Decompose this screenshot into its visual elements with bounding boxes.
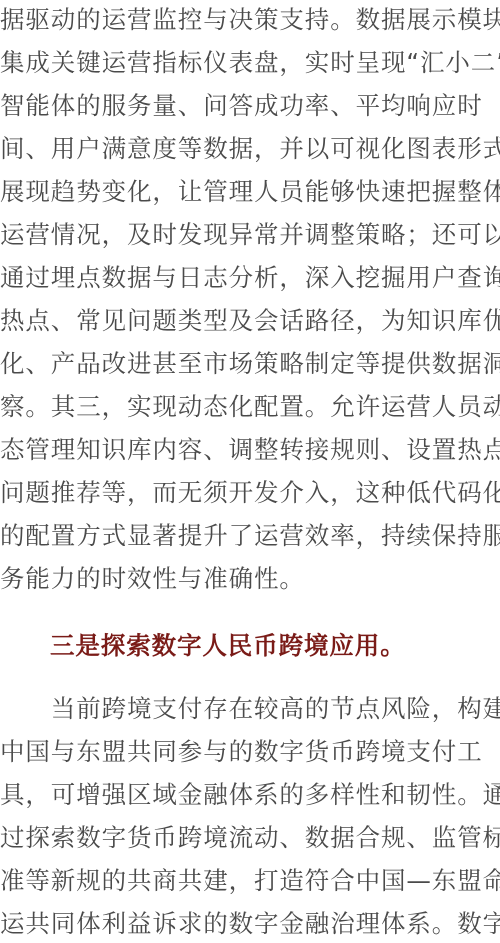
paragraph-line: 通过埋点数据与日志分析，深入挖掘用户查询 — [0, 256, 500, 299]
paragraph-line: 问题推荐等，而无须开发介入，这种低代码化 — [0, 471, 500, 514]
paragraph-line: 间、用户满意度等数据，并以可视化图表形式 — [0, 127, 500, 170]
paragraph-line: 化、产品改进甚至市场策略制定等提供数据洞 — [0, 342, 500, 385]
paragraph-line: 展现趋势变化，让管理人员能够快速把握整体 — [0, 170, 500, 213]
paragraph-line: 的配置方式显著提升了运营效率，持续保持服 — [0, 514, 500, 557]
paragraph-line: 当前跨境支付存在较高的节点风险，构建 — [0, 687, 500, 730]
section-heading: 三是探索数字人民币跨境应用。 — [50, 624, 406, 668]
paragraph-line: 运共同体利益诉求的数字金融治理体系。数字 — [0, 902, 500, 943]
paragraph-line: 过探索数字货币跨境流动、数据合规、监管标 — [0, 816, 500, 859]
paragraph-line: 准等新规的共商共建，打造符合中国—东盟命 — [0, 859, 500, 902]
paragraph-line: 察。其三，实现动态化配置。允许运营人员动 — [0, 385, 500, 428]
paragraph-line: 务能力的时效性与准确性。 — [0, 557, 500, 600]
paragraph-line: 集成关键运营指标仪表盘，实时呈现“汇小二” — [0, 41, 500, 84]
paragraph-line: 具，可增强区域金融体系的多样性和韧性。通 — [0, 773, 500, 816]
paragraph-line: 智能体的服务量、问答成功率、平均响应时 — [0, 84, 500, 127]
paragraph-line: 态管理知识库内容、调整转接规则、设置热点 — [0, 428, 500, 471]
paragraph-line: 运营情况，及时发现异常并调整策略；还可以 — [0, 213, 500, 256]
paragraph-line: 据驱动的运营监控与决策支持。数据展示模块 — [0, 0, 500, 41]
paragraph-line: 热点、常见问题类型及会话路径，为知识库优 — [0, 299, 500, 342]
paragraph-line: 中国与东盟共同参与的数字货币跨境支付工 — [0, 730, 500, 773]
